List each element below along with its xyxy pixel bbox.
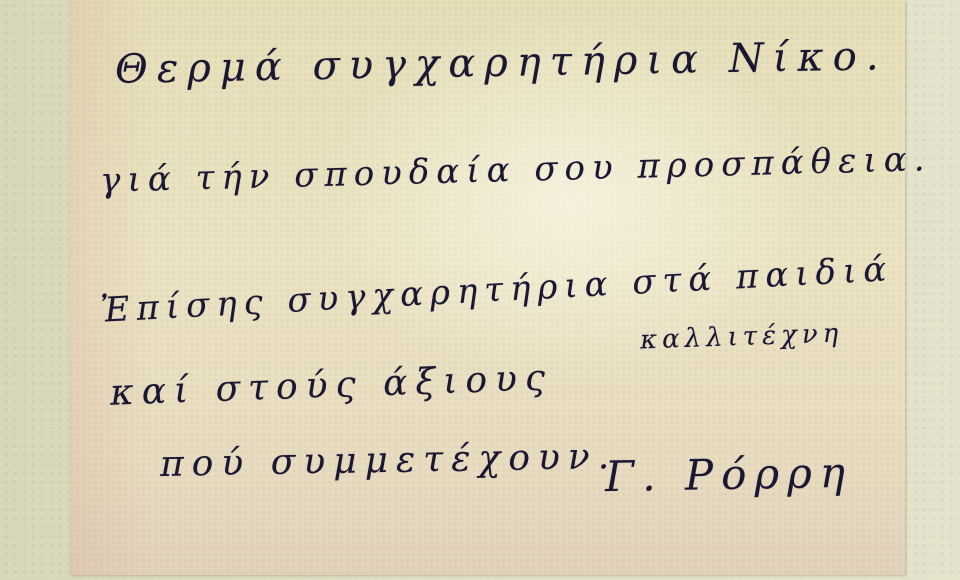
signature: Γ. Ρόρρη (605, 448, 854, 501)
note-line-5: πού συμμετέχουν. (160, 436, 618, 485)
